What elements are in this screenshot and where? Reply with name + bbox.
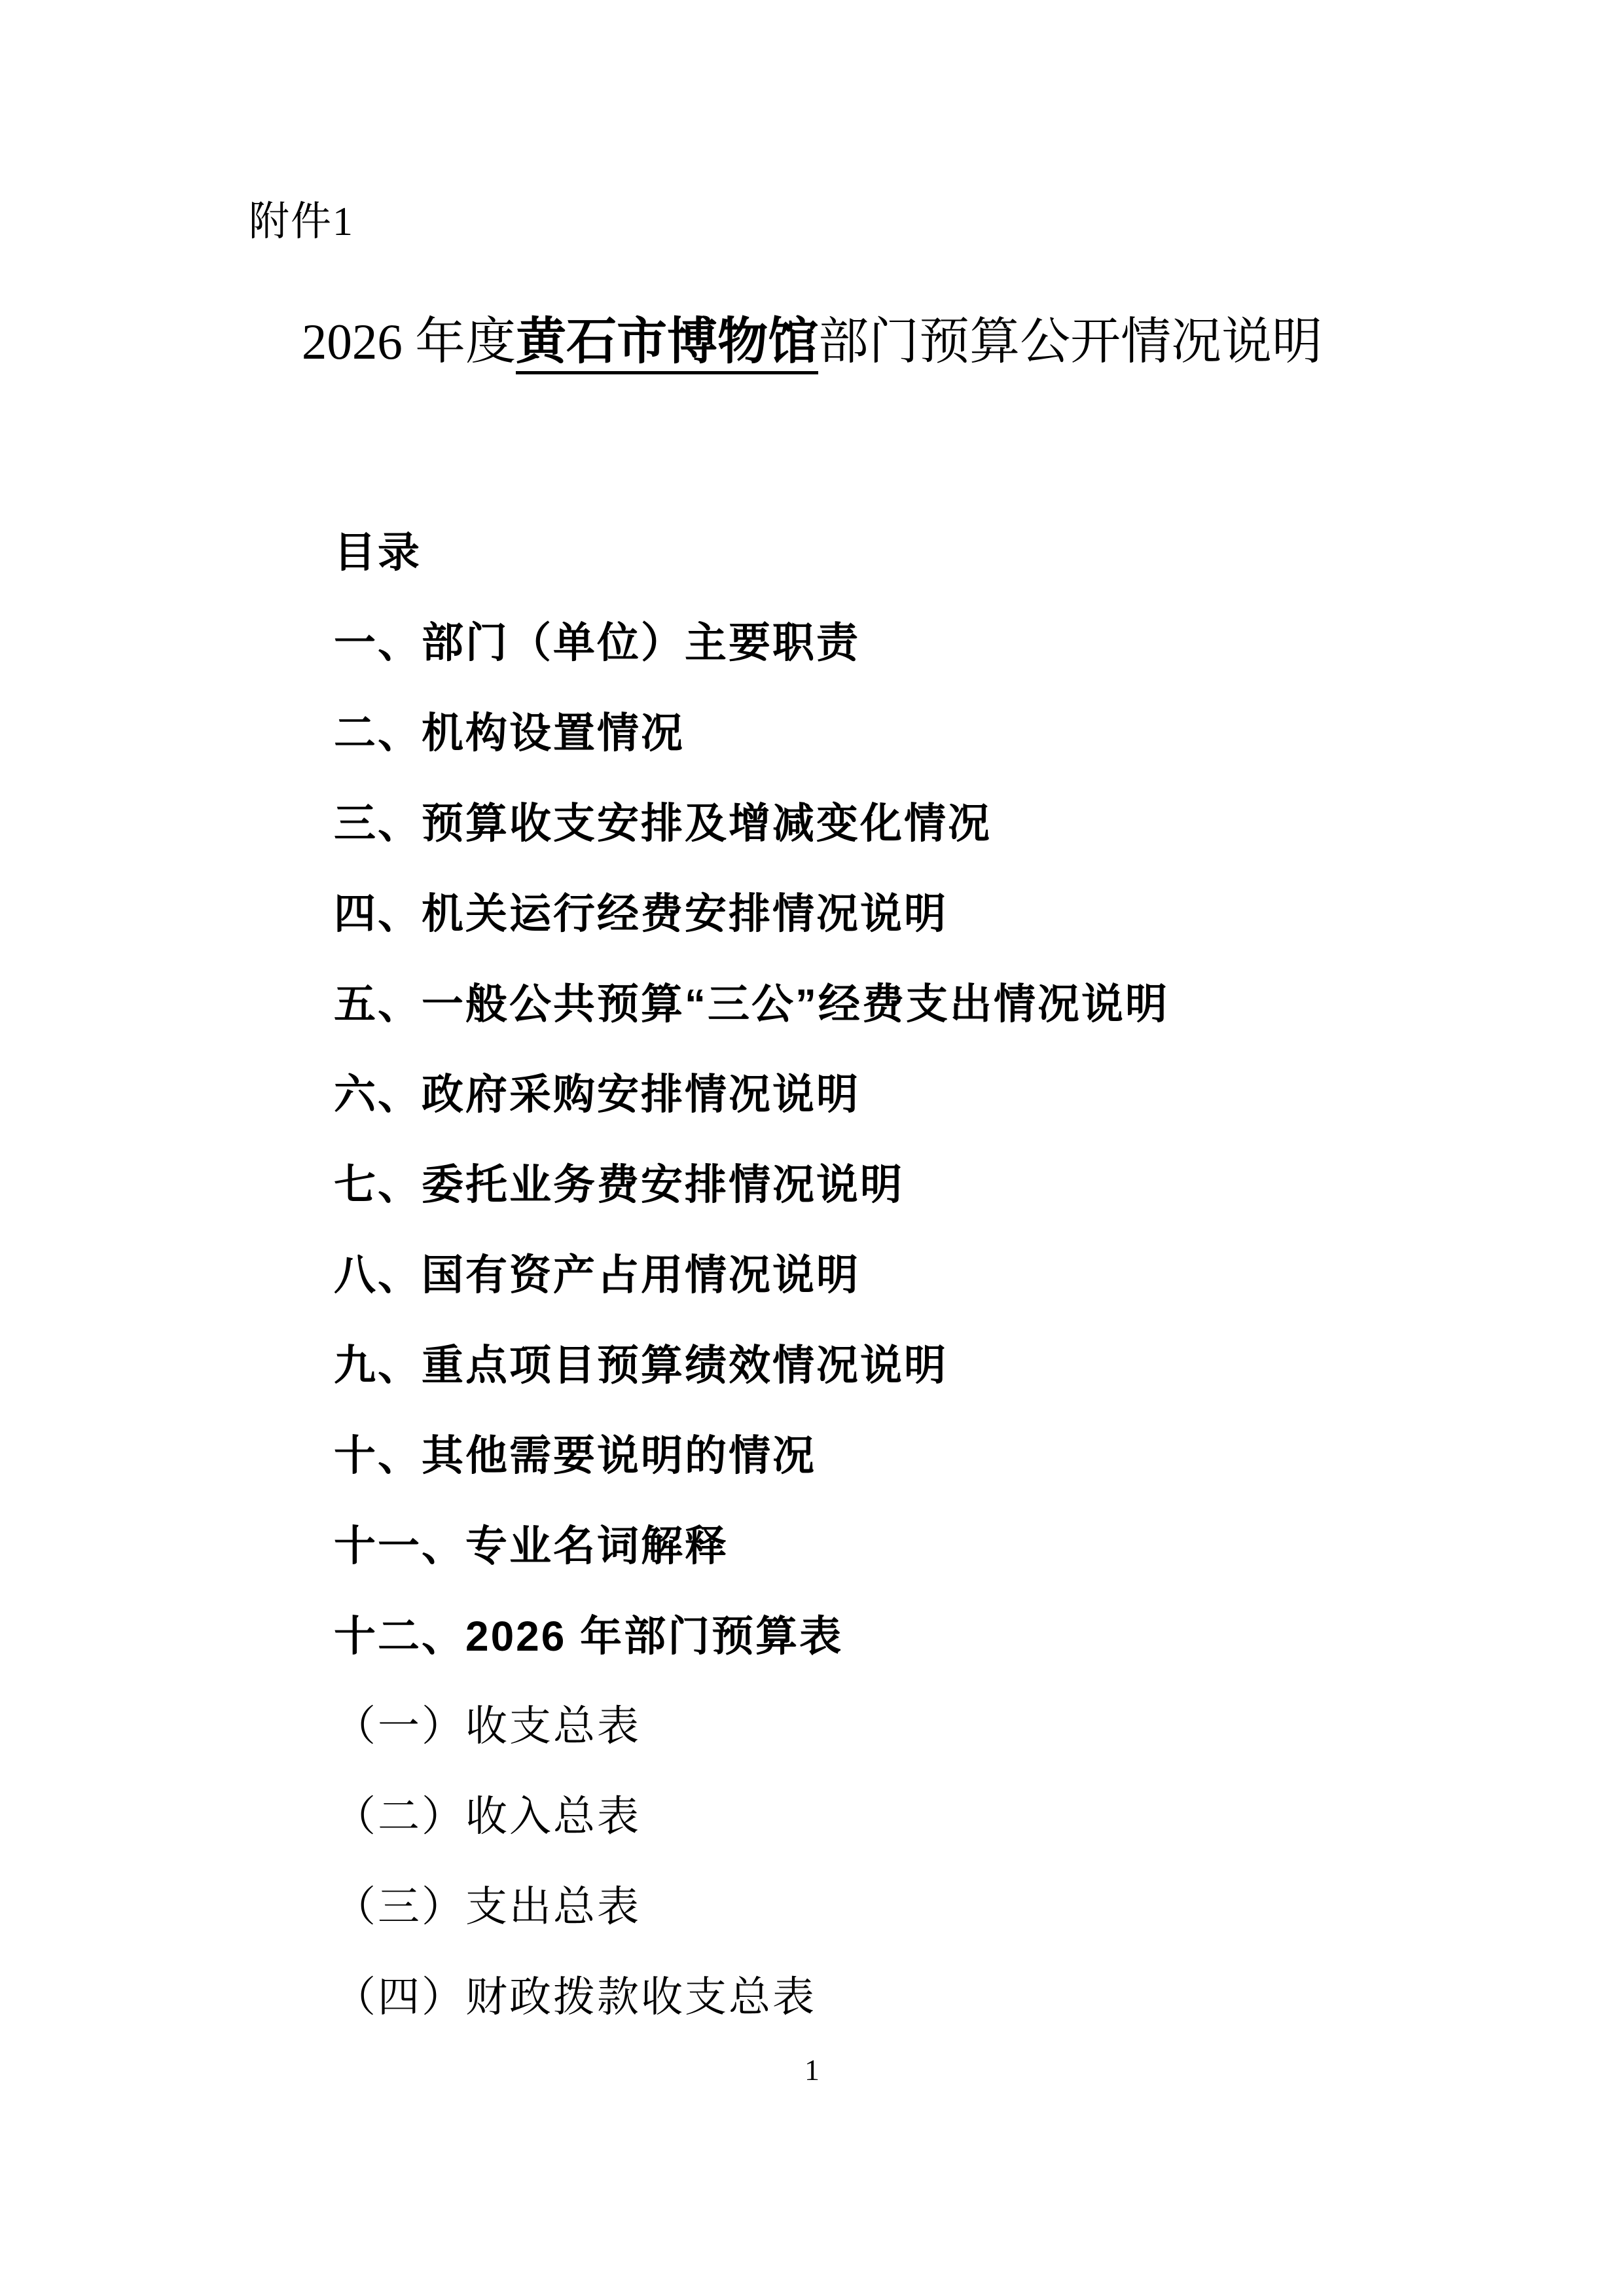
toc-sub-item-3: （三）支出总表 bbox=[334, 1862, 1169, 1952]
toc-item-1: 一、部门（单位）主要职责 bbox=[334, 598, 1169, 688]
toc-item-11: 十一、专业名词解释 bbox=[334, 1501, 1169, 1591]
document-page: 附件1 2026 年度黄石市博物馆部门预算公开情况说明 目录 一、部门（单位）主… bbox=[0, 0, 1624, 2296]
toc-heading: 目录 bbox=[334, 507, 1169, 598]
toc-sub-item-4: （四）财政拨款收支总表 bbox=[334, 1952, 1169, 2043]
toc-item-3: 三、预算收支安排及增减变化情况 bbox=[334, 778, 1169, 869]
toc-item-4: 四、机关运行经费安排情况说明 bbox=[334, 869, 1169, 959]
document-title-org-name: 黄石市博物馆 bbox=[516, 314, 818, 374]
toc-sub-item-1: （一）收支总表 bbox=[334, 1681, 1169, 1772]
toc-sub-item-2: （二）收入总表 bbox=[334, 1772, 1169, 1862]
toc-item-2: 二、机构设置情况 bbox=[334, 688, 1169, 778]
toc-item-10: 十、其他需要说明的情况 bbox=[334, 1410, 1169, 1501]
document-title-suffix: 部门预算公开情况说明 bbox=[818, 314, 1322, 370]
toc-item-7: 七、委托业务费安排情况说明 bbox=[334, 1139, 1169, 1230]
toc-item-9: 九、重点项目预算绩效情况说明 bbox=[334, 1320, 1169, 1410]
toc-item-12: 十二、2026 年部门预算表 bbox=[334, 1591, 1169, 1681]
document-title-prefix: 2026 年度 bbox=[302, 314, 516, 370]
toc-item-6: 六、政府采购安排情况说明 bbox=[334, 1049, 1169, 1139]
toc-item-5: 五、一般公共预算“三公”经费支出情况说明 bbox=[334, 959, 1169, 1049]
toc-item-8: 八、国有资产占用情况说明 bbox=[334, 1230, 1169, 1320]
table-of-contents: 目录 一、部门（单位）主要职责 二、机构设置情况 三、预算收支安排及增减变化情况… bbox=[334, 507, 1169, 2043]
attachment-label: 附件1 bbox=[249, 202, 354, 242]
document-title: 2026 年度黄石市博物馆部门预算公开情况说明 bbox=[0, 315, 1624, 368]
page-number: 1 bbox=[0, 2055, 1624, 2085]
